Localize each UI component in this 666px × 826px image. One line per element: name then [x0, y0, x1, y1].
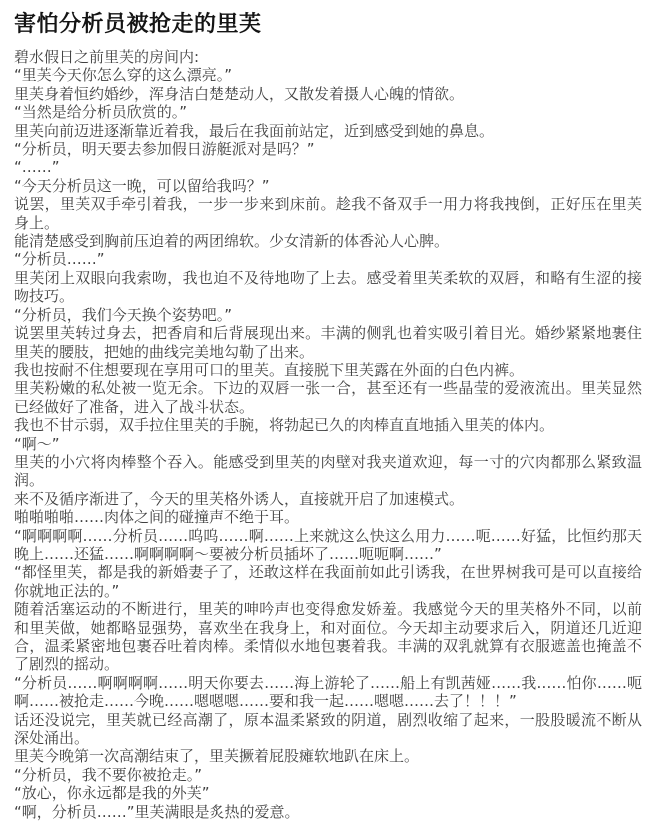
story-paragraph: 随着活塞运动的不断进行，里芙的呻吟声也变得愈发娇羞。我感觉今天的里芙格外不同，以…: [14, 600, 642, 674]
story-paragraph: 说罢里芙转过身去，把香肩和后背展现出来。丰满的侧乳也着实吸引着目光。婚纱紧紧地裹…: [14, 324, 642, 361]
story-paragraph: 里芙向前迈进逐渐靠近着我，最后在我面前站定，近到感受到她的鼻息。: [14, 122, 642, 140]
story-paragraph: 来不及循序渐进了，今天的里芙格外诱人，直接就开启了加速模式。: [14, 490, 642, 508]
story-paragraph: 里芙闭上双眼向我索吻，我也迫不及待地吻了上去。感受着里芙柔软的双唇，和略有生涩的…: [14, 269, 642, 306]
story-paragraph: “……”: [14, 158, 642, 176]
story-paragraph: 话还没说完，里芙就已经高潮了，原本温柔紧致的阴道，剧烈收缩了起来，一股股暖流不断…: [14, 711, 642, 748]
story-paragraph: “分析员，我们今天换个姿势吧。”: [14, 306, 642, 324]
story-paragraph: 啪啪啪啪……肉体之间的碰撞声不绝于耳。: [14, 508, 642, 526]
story-paragraph: “分析员，我不要你被抢走。”: [14, 766, 642, 784]
story-body: 碧水假日之前里芙的房间内:“里芙今天你怎么穿的这么漂亮。”里芙身着恒约婚纱，浑身…: [14, 48, 642, 821]
story-paragraph: “当然是给分析员欣赏的。”: [14, 103, 642, 121]
story-paragraph: 我也不甘示弱，双手拉住里芙的手腕，将勃起已久的肉棒直直地插入里芙的体内。: [14, 416, 642, 434]
story-paragraph: 碧水假日之前里芙的房间内:: [14, 48, 642, 66]
story-paragraph: 里芙今晚第一次高潮结束了，里芙撅着屁股瘫软地趴在床上。: [14, 747, 642, 765]
story-paragraph: “都怪里芙，都是我的新婚妻子了，还敢这样在我面前如此引诱我，在世界树我可是可以直…: [14, 563, 642, 600]
story-paragraph: “分析员……”: [14, 250, 642, 268]
story-paragraph: 我也按耐不住想要现在享用可口的里芙。直接脱下里芙露在外面的白色内裤。: [14, 361, 642, 379]
story-paragraph: “里芙今天你怎么穿的这么漂亮。”: [14, 66, 642, 84]
story-paragraph: “分析员……啊啊啊啊……明天你要去……海上游轮了……船上有凯茜娅……我……怕你……: [14, 674, 642, 711]
story-paragraph: “啊啊啊啊……分析员……呜呜……啊……上来就这么快这么用力……呃……好猛，比恒约…: [14, 527, 642, 564]
story-paragraph: “今天分析员这一晚，可以留给我吗？”: [14, 177, 642, 195]
story-paragraph: “啊～”: [14, 435, 642, 453]
story-paragraph: “啊，分析员……”里芙满眼是炙热的爱意。: [14, 803, 642, 821]
story-paragraph: 里芙的小穴将肉棒整个吞入。能感受到里芙的肉壁对我夹道欢迎，每一寸的穴肉都那么紧致…: [14, 453, 642, 490]
story-page: 害怕分析员被抢走的里芙 碧水假日之前里芙的房间内:“里芙今天你怎么穿的这么漂亮。…: [0, 0, 666, 821]
story-paragraph: 能清楚感受到胸前压迫着的两团绵软。少女清新的体香沁人心脾。: [14, 232, 642, 250]
story-paragraph: 里芙粉嫩的私处被一览无余。下边的双唇一张一合，甚至还有一些晶莹的爱液流出。里芙显…: [14, 379, 642, 416]
story-paragraph: 里芙身着恒约婚纱，浑身洁白楚楚动人，又散发着摄人心魄的情欲。: [14, 85, 642, 103]
story-paragraph: “放心，你永远都是我的外芙”: [14, 784, 642, 802]
story-paragraph: 说罢，里芙双手牵引着我，一步一步来到床前。趁我不备双手一用力将我拽倒，正好压在里…: [14, 195, 642, 232]
story-paragraph: “分析员，明天要去参加假日游艇派对是吗？”: [14, 140, 642, 158]
page-title: 害怕分析员被抢走的里芙: [14, 10, 640, 40]
